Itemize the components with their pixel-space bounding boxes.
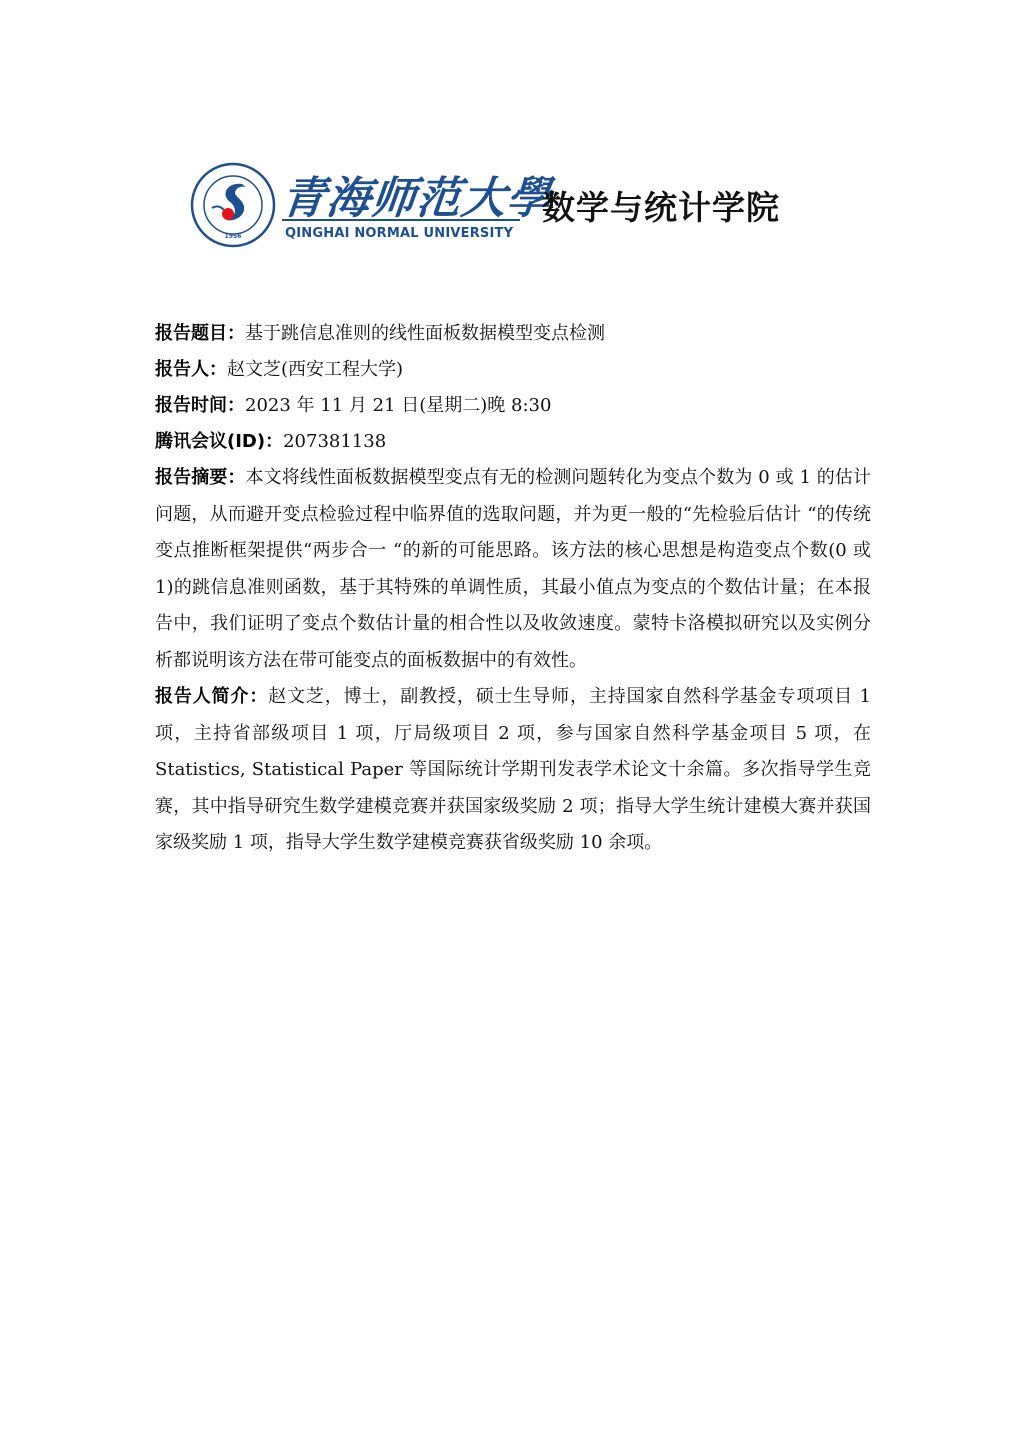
bio-label: 报告人简介： bbox=[155, 686, 268, 707]
university-name-cn: 青海师范大學 bbox=[279, 162, 556, 226]
abstract-text: 本文将线性面板数据模型变点有无的检测问题转化为变点个数为 0 或 1 的估计问题… bbox=[155, 467, 871, 671]
time-label: 报告时间： bbox=[155, 395, 245, 416]
bio-text: 赵文芝，博士，副教授，硕士生导师，主持国家自然科学基金专项项目 1 项，主持省部… bbox=[155, 686, 871, 853]
report-title-row: 报告题目：基于跳信息准则的线性面板数据模型变点检测 bbox=[155, 316, 871, 352]
speaker-row: 报告人：赵文芝(西安工程大学) bbox=[155, 352, 871, 388]
report-title-value: 基于跳信息准则的线性面板数据模型变点检测 bbox=[245, 323, 605, 344]
meeting-row: 腾讯会议(ID)：207381138 bbox=[155, 424, 871, 460]
divider-line bbox=[282, 219, 520, 221]
abstract-paragraph: 报告摘要：本文将线性面板数据模型变点有无的检测问题转化为变点个数为 0 或 1 … bbox=[155, 460, 871, 679]
university-seal-logo: 1956 bbox=[190, 162, 276, 248]
speaker-value: 赵文芝(西安工程大学) bbox=[227, 359, 403, 380]
meeting-id: 207381138 bbox=[283, 431, 386, 452]
university-name-en: QINGHAI NORMAL UNIVERSITY bbox=[285, 226, 513, 241]
bio-paragraph: 报告人简介：赵文芝，博士，副教授，硕士生导师，主持国家自然科学基金专项项目 1 … bbox=[155, 679, 871, 862]
page-header: 1956 青海师范大學 QINGHAI NORMAL UNIVERSITY 数学… bbox=[190, 158, 830, 250]
time-value: 2023 年 11 月 21 日(星期二)晚 8:30 bbox=[245, 395, 551, 416]
time-row: 报告时间：2023 年 11 月 21 日(星期二)晚 8:30 bbox=[155, 388, 871, 424]
svg-text:1956: 1956 bbox=[225, 233, 242, 240]
school-name: 数学与统计学院 bbox=[542, 182, 780, 229]
report-notice: 报告题目：基于跳信息准则的线性面板数据模型变点检测 报告人：赵文芝(西安工程大学… bbox=[155, 316, 871, 862]
speaker-label: 报告人： bbox=[155, 359, 227, 380]
meeting-label: 腾讯会议(ID)： bbox=[155, 431, 283, 452]
report-title-label: 报告题目： bbox=[155, 323, 245, 344]
abstract-label: 报告摘要： bbox=[155, 467, 246, 488]
